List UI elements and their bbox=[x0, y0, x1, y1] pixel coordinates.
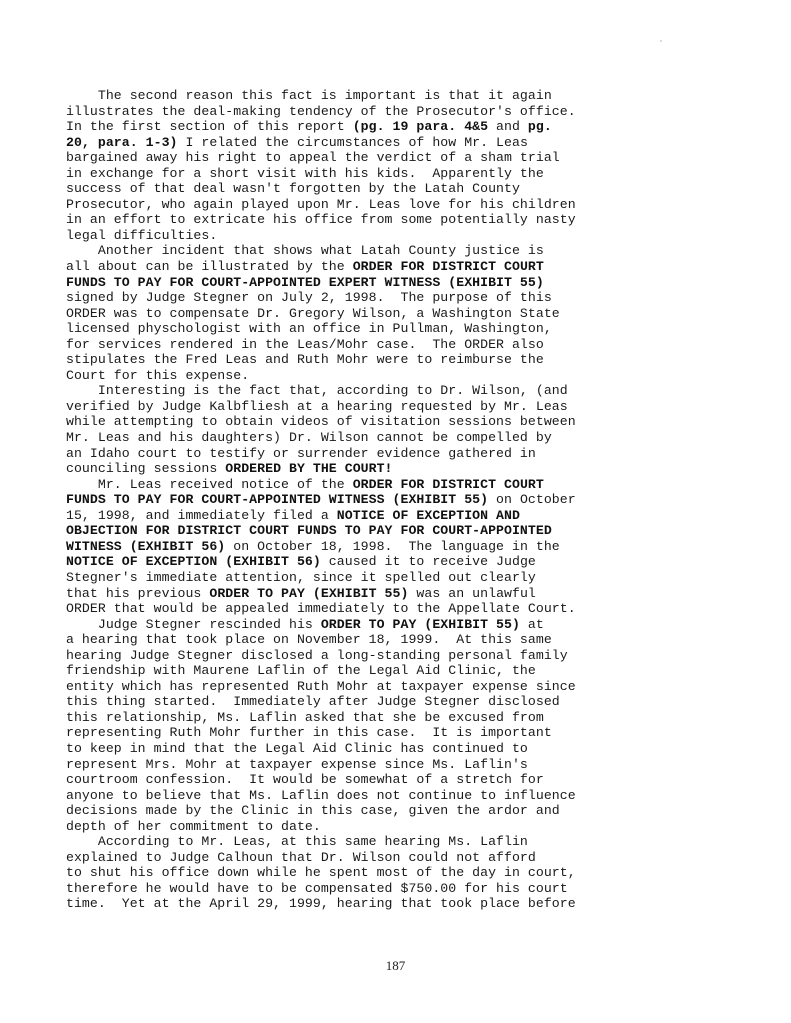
text-line: In the first section of this report (pg.… bbox=[66, 119, 686, 135]
text-line: therefore he would have to be compensate… bbox=[66, 881, 686, 897]
text-run: hearing Judge Stegner disclosed a long-s… bbox=[66, 648, 568, 663]
text-line: for services rendered in the Leas/Mohr c… bbox=[66, 337, 686, 353]
text-run: was an unlawful bbox=[408, 586, 535, 601]
text-line: Stegner's immediate attention, since it … bbox=[66, 570, 686, 586]
text-run: and bbox=[488, 119, 528, 134]
text-run: success of that deal wasn't forgotten by… bbox=[66, 181, 520, 196]
bold-text-run: ORDERED BY THE COURT! bbox=[225, 461, 392, 476]
text-run: that his previous bbox=[66, 586, 209, 601]
text-run: entity which has represented Ruth Mohr a… bbox=[66, 679, 576, 694]
text-line: Another incident that shows what Latah C… bbox=[66, 243, 686, 259]
text-run: in an effort to extricate his office fro… bbox=[66, 212, 576, 227]
text-line: a hearing that took place on November 18… bbox=[66, 632, 686, 648]
text-run: at bbox=[520, 617, 544, 632]
text-run: to keep in mind that the Legal Aid Clini… bbox=[66, 741, 528, 756]
text-line: WITNESS (EXHIBIT 56) on October 18, 1998… bbox=[66, 539, 686, 555]
text-run: representing Ruth Mohr further in this c… bbox=[66, 725, 552, 740]
text-line: signed by Judge Stegner on July 2, 1998.… bbox=[66, 290, 686, 306]
text-run: verified by Judge Kalbfliesh at a hearin… bbox=[66, 399, 568, 414]
text-run: The second reason this fact is important… bbox=[66, 88, 552, 103]
text-run: explained to Judge Calhoun that Dr. Wils… bbox=[66, 850, 536, 865]
text-run: to shut his office down while he spent m… bbox=[66, 865, 576, 880]
text-run: licensed physchologist with an office in… bbox=[66, 321, 552, 336]
text-line: legal difficulties. bbox=[66, 228, 686, 244]
text-line: Court for this expense. bbox=[66, 368, 686, 384]
bold-text-run: NOTICE OF EXCEPTION AND bbox=[337, 508, 520, 523]
text-line: representing Ruth Mohr further in this c… bbox=[66, 725, 686, 741]
text-run: ORDER that would be appealed immediately… bbox=[66, 601, 576, 616]
text-run: in exchange for a short visit with his k… bbox=[66, 166, 544, 181]
text-run: I related the circumstances of how Mr. L… bbox=[178, 135, 528, 150]
text-line: Mr. Leas received notice of the ORDER FO… bbox=[66, 477, 686, 493]
bold-text-run: (pg. 19 para. 4&5 bbox=[353, 119, 488, 134]
text-line: According to Mr. Leas, at this same hear… bbox=[66, 834, 686, 850]
text-line: ORDER that would be appealed immediately… bbox=[66, 601, 686, 617]
text-line: explained to Judge Calhoun that Dr. Wils… bbox=[66, 850, 686, 866]
text-run: Prosecutor, who again played upon Mr. Le… bbox=[66, 197, 576, 212]
text-run: illustrates the deal-making tendency of … bbox=[66, 104, 576, 119]
text-line: entity which has represented Ruth Mohr a… bbox=[66, 679, 686, 695]
text-line: ORDER was to compensate Dr. Gregory Wils… bbox=[66, 306, 686, 322]
text-line: Judge Stegner rescinded his ORDER TO PAY… bbox=[66, 617, 686, 633]
text-line: to keep in mind that the Legal Aid Clini… bbox=[66, 741, 686, 757]
text-line: anyone to believe that Ms. Laflin does n… bbox=[66, 788, 686, 804]
bold-text-run: ORDER FOR DISTRICT COURT bbox=[353, 477, 544, 492]
text-line: licensed physchologist with an office in… bbox=[66, 321, 686, 337]
text-line: time. Yet at the April 29, 1999, hearing… bbox=[66, 896, 686, 912]
text-line: The second reason this fact is important… bbox=[66, 88, 686, 104]
text-line: in exchange for a short visit with his k… bbox=[66, 166, 686, 182]
text-line: this thing started. Immediately after Ju… bbox=[66, 694, 686, 710]
text-run: decisions made by the Clinic in this cas… bbox=[66, 803, 560, 818]
text-line: Prosecutor, who again played upon Mr. Le… bbox=[66, 197, 686, 213]
text-run: courtroom confession. It would be somewh… bbox=[66, 772, 544, 787]
page-number: 187 bbox=[0, 958, 791, 974]
text-line: 20, para. 1-3) I related the circumstanc… bbox=[66, 135, 686, 151]
text-line: Interesting is the fact that, according … bbox=[66, 383, 686, 399]
text-run: In the first section of this report bbox=[66, 119, 353, 134]
text-line: while attempting to obtain videos of vis… bbox=[66, 414, 686, 430]
text-run: all about can be illustrated by the bbox=[66, 259, 353, 274]
text-run: ORDER was to compensate Dr. Gregory Wils… bbox=[66, 306, 560, 321]
text-line: bargained away his right to appeal the v… bbox=[66, 150, 686, 166]
bold-text-run: ORDER TO PAY (EXHIBIT 55) bbox=[321, 617, 520, 632]
text-run: represent Mrs. Mohr at taxpayer expense … bbox=[66, 757, 528, 772]
text-run: signed by Judge Stegner on July 2, 1998.… bbox=[66, 290, 552, 305]
text-run: an Idaho court to testify or surrender e… bbox=[66, 446, 536, 461]
bold-text-run: 20, para. 1-3) bbox=[66, 135, 178, 150]
text-run: Another incident that shows what Latah C… bbox=[66, 243, 544, 258]
text-run: time. Yet at the April 29, 1999, hearing… bbox=[66, 896, 576, 911]
text-line: represent Mrs. Mohr at taxpayer expense … bbox=[66, 757, 686, 773]
text-run: anyone to believe that Ms. Laflin does n… bbox=[66, 788, 576, 803]
bold-text-run: ORDER TO PAY (EXHIBIT 55) bbox=[209, 586, 408, 601]
text-run: therefore he would have to be compensate… bbox=[66, 881, 568, 896]
bold-text-run: FUNDS TO PAY FOR COURT-APPOINTED WITNESS… bbox=[66, 492, 488, 507]
text-run: depth of her commitment to date. bbox=[66, 819, 321, 834]
bold-text-run: NOTICE OF EXCEPTION (EXHIBIT 56) bbox=[66, 554, 321, 569]
text-line: NOTICE OF EXCEPTION (EXHIBIT 56) caused … bbox=[66, 554, 686, 570]
text-line: 15, 1998, and immediately filed a NOTICE… bbox=[66, 508, 686, 524]
text-line: success of that deal wasn't forgotten by… bbox=[66, 181, 686, 197]
text-run: 15, 1998, and immediately filed a bbox=[66, 508, 337, 523]
text-run: Judge Stegner rescinded his bbox=[66, 617, 321, 632]
text-line: an Idaho court to testify or surrender e… bbox=[66, 446, 686, 462]
text-run: Court for this expense. bbox=[66, 368, 249, 383]
text-line: illustrates the deal-making tendency of … bbox=[66, 104, 686, 120]
text-line: to shut his office down while he spent m… bbox=[66, 865, 686, 881]
text-run: Mr. Leas and his daughters) Dr. Wilson c… bbox=[66, 430, 552, 445]
text-line: in an effort to extricate his office fro… bbox=[66, 212, 686, 228]
text-run: counciling sessions bbox=[66, 461, 225, 476]
text-run: stipulates the Fred Leas and Ruth Mohr w… bbox=[66, 352, 544, 367]
text-run: According to Mr. Leas, at this same hear… bbox=[66, 834, 528, 849]
bold-text-run: WITNESS (EXHIBIT 56) bbox=[66, 539, 225, 554]
text-line: courtroom confession. It would be somewh… bbox=[66, 772, 686, 788]
bold-text-run: ORDER FOR DISTRICT COURT bbox=[353, 259, 544, 274]
text-run: Interesting is the fact that, according … bbox=[66, 383, 568, 398]
bold-text-run: OBJECTION FOR DISTRICT COURT FUNDS TO PA… bbox=[66, 523, 552, 538]
text-run: legal difficulties. bbox=[66, 228, 217, 243]
bold-text-run: FUNDS TO PAY FOR COURT-APPOINTED EXPERT … bbox=[66, 275, 544, 290]
text-line: this relationship, Ms. Laflin asked that… bbox=[66, 710, 686, 726]
scan-artifact bbox=[660, 40, 662, 42]
text-line: that his previous ORDER TO PAY (EXHIBIT … bbox=[66, 586, 686, 602]
text-line: OBJECTION FOR DISTRICT COURT FUNDS TO PA… bbox=[66, 523, 686, 539]
text-run: a hearing that took place on November 18… bbox=[66, 632, 552, 647]
text-line: counciling sessions ORDERED BY THE COURT… bbox=[66, 461, 686, 477]
text-run: on October 18, 1998. The language in the bbox=[225, 539, 559, 554]
text-line: all about can be illustrated by the ORDE… bbox=[66, 259, 686, 275]
text-run: caused it to receive Judge bbox=[321, 554, 536, 569]
text-line: decisions made by the Clinic in this cas… bbox=[66, 803, 686, 819]
text-line: Mr. Leas and his daughters) Dr. Wilson c… bbox=[66, 430, 686, 446]
text-line: stipulates the Fred Leas and Ruth Mohr w… bbox=[66, 352, 686, 368]
text-run: this thing started. Immediately after Ju… bbox=[66, 694, 560, 709]
text-line: FUNDS TO PAY FOR COURT-APPOINTED WITNESS… bbox=[66, 492, 686, 508]
text-run: Mr. Leas received notice of the bbox=[66, 477, 353, 492]
document-page: The second reason this fact is important… bbox=[0, 0, 791, 1023]
text-run: for services rendered in the Leas/Mohr c… bbox=[66, 337, 544, 352]
text-run: bargained away his right to appeal the v… bbox=[66, 150, 560, 165]
text-line: FUNDS TO PAY FOR COURT-APPOINTED EXPERT … bbox=[66, 275, 686, 291]
text-line: depth of her commitment to date. bbox=[66, 819, 686, 835]
text-line: hearing Judge Stegner disclosed a long-s… bbox=[66, 648, 686, 664]
text-run: Stegner's immediate attention, since it … bbox=[66, 570, 536, 585]
text-run: friendship with Maurene Laflin of the Le… bbox=[66, 663, 536, 678]
text-run: on October bbox=[488, 492, 576, 507]
text-run: this relationship, Ms. Laflin asked that… bbox=[66, 710, 544, 725]
text-line: verified by Judge Kalbfliesh at a hearin… bbox=[66, 399, 686, 415]
text-line: friendship with Maurene Laflin of the Le… bbox=[66, 663, 686, 679]
body-text: The second reason this fact is important… bbox=[66, 88, 686, 912]
text-run: while attempting to obtain videos of vis… bbox=[66, 414, 576, 429]
bold-text-run: pg. bbox=[528, 119, 552, 134]
scan-artifact bbox=[430, 866, 432, 868]
